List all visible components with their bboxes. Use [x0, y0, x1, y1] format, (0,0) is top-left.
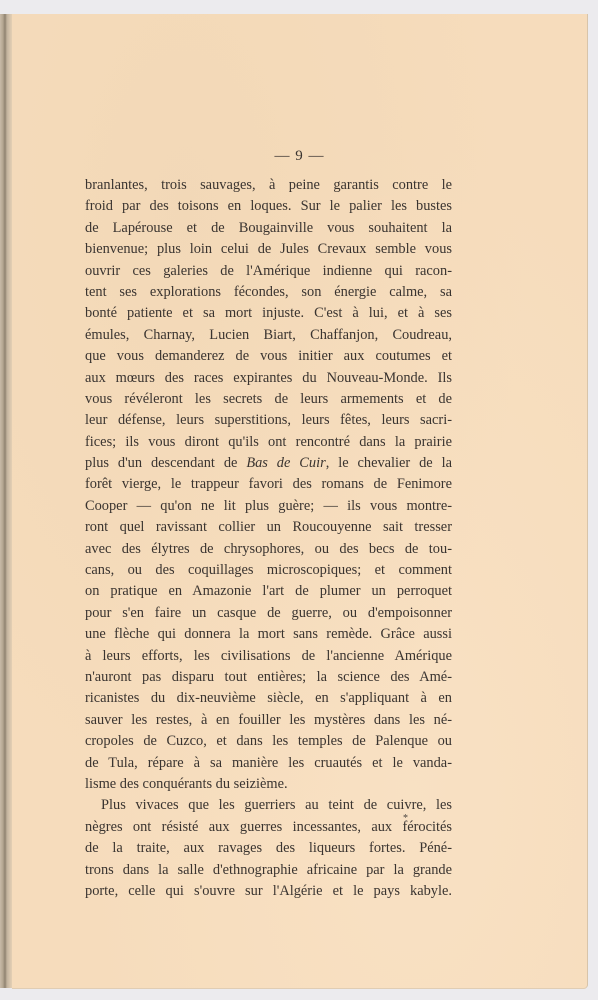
- text-line: que vous demanderez de vous initier aux …: [85, 346, 452, 367]
- text-line: froid par des toisons en loques. Sur le …: [85, 196, 452, 217]
- page-number: — 9 —: [12, 148, 587, 165]
- text-line: pour s'en faire un casque de guerre, ou …: [85, 603, 452, 624]
- text-line: vous révéleront les secrets de leurs arm…: [85, 389, 452, 410]
- text-line: à leurs efforts, les civilisations de l'…: [85, 646, 452, 667]
- text-segment: plus d'un descendant de: [85, 455, 246, 471]
- text-line: porte, celle qui s'ouvre sur l'Algérie e…: [85, 881, 452, 902]
- text-line-with-italic: plus d'un descendant de Bas de Cuir, le …: [85, 453, 452, 474]
- body-text: branlantes, trois sauvages, à peine gara…: [85, 175, 452, 902]
- text-line: trons dans la salle d'ethnographie afric…: [85, 860, 452, 881]
- text-line: ront quel ravissant collier un Roucouyen…: [85, 517, 452, 538]
- text-line: ricanistes du dix-neuvième siècle, en s'…: [85, 688, 452, 709]
- text-line: aux mœurs des races expirantes du Nouvea…: [85, 368, 452, 389]
- text-line: une flèche qui donnera la mort sans remè…: [85, 624, 452, 645]
- text-line: branlantes, trois sauvages, à peine gara…: [85, 175, 452, 196]
- text-line: nègres ont résisté aux guerres incessant…: [85, 817, 452, 838]
- text-line: sauver les restes, à en fouiller les mys…: [85, 710, 452, 731]
- text-line: forêt vierge, le trappeur favori des rom…: [85, 474, 452, 495]
- text-line: ouvrir ces galeries de l'Amérique indien…: [85, 261, 452, 282]
- scanned-book-page: — 9 — branlantes, trois sauvages, à pein…: [12, 14, 587, 988]
- text-line: bonté patiente et sa mort injuste. C'est…: [85, 303, 452, 324]
- text-line: de la traite, aux ravages des liqueurs f…: [85, 838, 452, 859]
- text-line: on pratique en Amazonie l'art de plumer …: [85, 581, 452, 602]
- paragraph-end-line: lisme des conquérants du seizième.: [85, 774, 452, 795]
- text-line: cropoles de Cuzco, et dans les temples d…: [85, 731, 452, 752]
- book-spine-edge: [0, 14, 12, 988]
- text-line: leur défense, leurs superstitions, leurs…: [85, 410, 452, 431]
- text-line: Cooper — qu'on ne lit plus guère; — ils …: [85, 496, 452, 517]
- text-line: fices; ils vous diront qu'ils ont rencon…: [85, 432, 452, 453]
- text-line: émules, Charnay, Lucien Biart, Chaffanjo…: [85, 325, 452, 346]
- text-line: tent ses explorations fécondes, son éner…: [85, 282, 452, 303]
- italic-title-bas-de-cuir: Bas de Cuir: [246, 455, 325, 471]
- text-line: de Lapérouse et de Bougainville vous sou…: [85, 218, 452, 239]
- text-line: cans, ou des coquillages microscopiques;…: [85, 560, 452, 581]
- printer-signature-mark: *: [403, 813, 408, 824]
- text-segment: , le chevalier de la: [326, 455, 452, 471]
- paragraph-start-line: Plus vivaces que les guerriers au teint …: [85, 795, 452, 816]
- text-line: avec des élytres de chrysophores, ou des…: [85, 539, 452, 560]
- text-line: bienvenue; plus loin celui de Jules Crev…: [85, 239, 452, 260]
- text-line: de Tula, répare à sa manière les cruauté…: [85, 753, 452, 774]
- text-line: n'auront pas disparu tout entières; la s…: [85, 667, 452, 688]
